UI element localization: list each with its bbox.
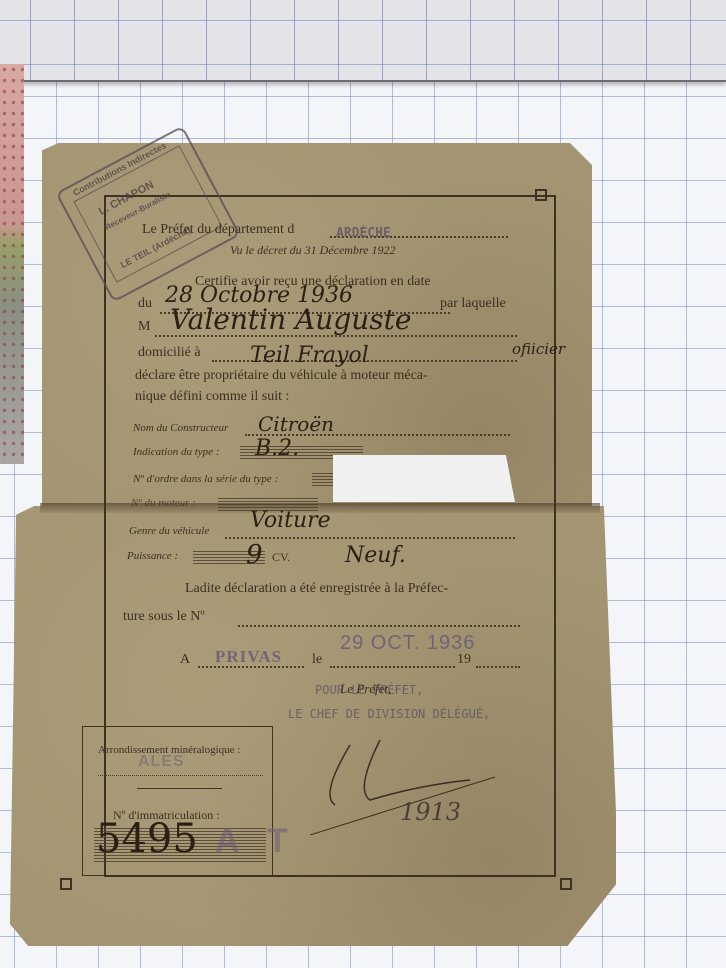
margin-note-handwritten: ofiicier	[512, 340, 565, 358]
owner-name-handwritten: Valentin Auguste	[170, 303, 411, 336]
immatriculation-suffix-stamp: AT	[215, 822, 318, 861]
vehicle-kind-dots	[225, 537, 515, 539]
date-label: le	[312, 652, 322, 668]
power-label: Puissance :	[127, 550, 178, 562]
neuf-handwritten: Neuf.	[345, 543, 406, 568]
power-unit: CV.	[272, 550, 290, 565]
type-handwritten: B.2.	[255, 436, 299, 461]
declare-line-2: nique défini comme il suit :	[135, 389, 289, 405]
arrondissement-stamp: ALES	[138, 753, 185, 771]
registration-dots	[238, 625, 520, 627]
par-laquelle-label: par laquelle	[440, 296, 506, 312]
place-label: A	[180, 652, 190, 668]
vehicle-kind-handwritten: Voiture	[250, 508, 331, 533]
handwritten-number: 1913	[400, 798, 461, 826]
redaction-paper	[333, 455, 515, 502]
division-chief-stamp: LE CHEF DE DIVISION DÉLÉGUÉ,	[288, 707, 490, 721]
prefect-signature-label: Le Préfet,	[340, 681, 391, 697]
registration-line-2: ture sous le Nº	[123, 609, 205, 625]
year-dots	[476, 666, 520, 668]
power-handwritten: 9	[246, 540, 263, 570]
corner-ornament-icon	[60, 878, 72, 890]
corner-ornament-icon	[560, 878, 572, 890]
constructor-handwritten: Citroën	[258, 412, 334, 436]
place-stamp: PRIVAS	[215, 647, 282, 667]
m-label: M	[138, 319, 150, 335]
serial-label: Nº d'ordre dans la série du type :	[133, 473, 278, 485]
registration-line-1: Ladite déclaration a été enregistrée à l…	[185, 581, 448, 597]
fabric-edge	[0, 64, 24, 464]
serial-hatch	[312, 473, 334, 487]
corner-ornament-icon	[535, 189, 547, 201]
vehicle-kind-label: Genre du véhicule	[129, 525, 209, 537]
notebook-page-curl	[0, 0, 726, 82]
department-stamp: ARDÈCHE	[336, 226, 391, 241]
declare-line-1: déclare être propriétaire du véhicule à …	[135, 368, 428, 384]
prefect-line: Le Préfet du département d	[142, 222, 294, 238]
arrondissement-dots	[98, 775, 263, 776]
engine-number-label: Nº du moteur :	[131, 497, 196, 509]
year-prefix: 19	[457, 652, 471, 668]
date-dots	[330, 666, 455, 668]
domicile-handwritten: Teil Frayol	[250, 343, 369, 368]
du-label: du	[138, 296, 152, 312]
immatriculation-number-handwritten: 5495	[96, 816, 198, 862]
type-label: Indication du type :	[133, 446, 219, 458]
decree-line: Vu le décret du 31 Décembre 1922	[230, 243, 396, 258]
constructor-label: Nom du Constructeur	[133, 422, 228, 434]
date-stamp: 29 OCT. 1936	[340, 632, 475, 655]
domicile-label: domicilié à	[138, 345, 201, 361]
separator-line	[137, 788, 222, 789]
